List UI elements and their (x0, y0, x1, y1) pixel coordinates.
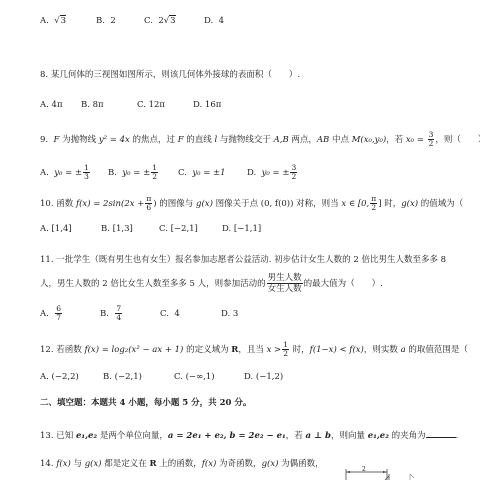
text: ] 时， (378, 199, 401, 209)
q8-option-b: B. 8π (81, 100, 104, 110)
math-expr: y₀ = ± (122, 168, 150, 178)
q11-option-b: B. 74 (100, 305, 123, 322)
text: 时， (290, 345, 310, 355)
dimension-line-icon (345, 468, 445, 480)
q7-option-a: A. √3 (40, 16, 66, 26)
text: 为偶函数， (278, 459, 323, 469)
denominator: 7 (55, 314, 62, 322)
text: 的夹角为 (389, 431, 426, 441)
denominator: 6 (145, 204, 152, 212)
math-expr: g(x) (401, 199, 418, 209)
math-expr: f(x) = log₂(x² − ax + 1) (84, 345, 183, 355)
fraction: 12 (151, 164, 158, 181)
q10-option-c: C. [−2,1] (159, 224, 198, 234)
text: 与 (71, 459, 85, 469)
question-number: 11. (40, 255, 54, 265)
q9-option-a: A. y₀ = ±13 (40, 164, 91, 181)
text: ，则实数 (364, 345, 401, 355)
q7-option-c: C. 2√3 (144, 16, 176, 26)
text: 两点， (289, 135, 317, 145)
math-expr: g(x) (85, 459, 102, 469)
math-vector: e₁,e₂ (368, 431, 389, 441)
math-expr: x₀ = (406, 135, 424, 145)
q11-stem-line1: 11. 一批学生（既有男生也有女生）报名参加志愿者公益活动. 初步估计女生人数的… (40, 255, 446, 265)
option-label: A. (40, 168, 49, 178)
fraction: 74 (115, 305, 122, 322)
text: 的值域为（ ）. (418, 199, 480, 209)
option-label: D. (221, 309, 230, 319)
question-number: 14. (40, 459, 54, 469)
question-number: 10. (40, 199, 54, 209)
math-expr: x > (267, 345, 282, 355)
math-expr: g(x) (196, 199, 213, 209)
option-label: A. (40, 309, 49, 319)
text: 已知 (56, 431, 76, 441)
option-value: 4 (219, 16, 224, 26)
option-label: C. (160, 309, 169, 319)
q11-stem-line2: 人，男生人数的 2 倍比女生人数至多多 5 人，则参加活动的男生人数女生人数的最… (40, 273, 383, 294)
math-expr: a ⊥ b (305, 431, 331, 441)
fraction: 32 (290, 164, 297, 181)
q7-option-b: B. 2 (96, 16, 116, 26)
text: ，且当 (238, 345, 266, 355)
text: 的定义域为 (183, 345, 231, 355)
q11-option-d: D. 3 (221, 309, 238, 319)
q7-option-d: D. 4 (204, 16, 224, 26)
question-text: 的最大值为（ ）. (304, 279, 383, 289)
text: 若函数 (56, 345, 84, 355)
option-label: B. (108, 168, 117, 178)
q14-stem: 14. f(x) 与 g(x) 都是定义在 R 上的函数，f(x) 为奇函数，g… (40, 459, 324, 469)
math-expr: M(x₀,y₀) (352, 135, 386, 145)
text: ，若 (386, 135, 406, 145)
option-value: 4 (174, 309, 179, 319)
question-text: 人，男生人数的 2 倍比女生人数至多多 5 人，则参加活动的 (40, 279, 266, 289)
q10-option-a: A. [1,4] (40, 224, 72, 234)
option-value: √3 (54, 15, 66, 26)
q13-stem: 13. 已知 e₁,e₂ 是两个单位向量，a = 2e₁ + e₂, b = 2… (40, 429, 458, 441)
q8-option-a: A. 4π (40, 100, 63, 110)
text: . (456, 431, 459, 441)
q12-option-b: B. (−2,1) (103, 372, 142, 382)
figure-dimension-label: 2 (362, 466, 366, 473)
denominator: 2 (428, 140, 435, 148)
numerator: 男生人数 (267, 273, 303, 284)
text: 图像关于点 (0, f(0)) 对称，则当 (213, 199, 341, 209)
text: 的取值范围是（ ）. (406, 345, 480, 355)
fraction: π6 (145, 195, 152, 212)
section-title: 二、填空题：本题共 4 小题，每小题 5 分，共 20 分。 (40, 398, 251, 408)
q8-option-c: C. 12π (137, 100, 165, 110)
math-expr: y₀ = ±1 (192, 168, 225, 178)
denominator: 2 (151, 173, 158, 181)
text: ，则（ ）. (435, 135, 480, 145)
text: ，则向量 (331, 431, 368, 441)
math-var: A,B (274, 135, 289, 145)
q8-stem: 8. 某几何体的三视图如图所示，则该几何体外接球的表面积（ ）. (40, 70, 300, 80)
denominator: 2 (282, 350, 289, 358)
math-expr: x ∈ [0, (341, 199, 369, 209)
option-label: C. (144, 16, 153, 26)
fraction: 67 (55, 305, 62, 322)
math-vector: e₁,e₂ (76, 431, 97, 441)
math-expr: f(x) (202, 459, 217, 469)
fraction: 12 (282, 341, 289, 358)
text: 函数 (56, 199, 76, 209)
fraction: π2 (370, 195, 377, 212)
question-number: 13. (40, 431, 54, 441)
question-text: 某几何体的三视图如图所示，则该几何体外接球的表面积（ ）. (51, 70, 300, 80)
q8-option-d: D. 16π (193, 100, 221, 110)
denominator: 2 (370, 204, 377, 212)
q9-stem: 9. F 为抛物线 y² = 4x 的焦点，过 F 的直线 l 与抛物线交于 A… (40, 131, 480, 148)
text: 中点 (329, 135, 351, 145)
option-value: 2 (110, 16, 115, 26)
text: 为抛物线 (59, 135, 98, 145)
option-label: B. (100, 309, 109, 319)
math-expr: y² = 4x (99, 135, 130, 145)
math-expr: f(x) = 2sin(2x + (76, 199, 144, 209)
q11-option-a: A. 67 (40, 305, 63, 322)
q12-stem: 12. 若函数 f(x) = log₂(x² − ax + 1) 的定义域为 R… (40, 341, 480, 358)
math-expr: f(x) (56, 459, 71, 469)
math-var: AB (317, 135, 329, 145)
math-expr: y₀ = ± (54, 168, 82, 178)
text: 是两个单位向量， (97, 431, 168, 441)
answer-blank[interactable] (426, 429, 456, 438)
q12-option-d: D. (−1,2) (244, 372, 283, 382)
option-value: 2√3 (158, 15, 175, 26)
question-text: 一批学生（既有男生也有女生）报名参加志愿者公益活动. 初步估计女生人数的 2 倍… (56, 255, 446, 265)
question-number: 9. (40, 135, 48, 145)
q12-option-c: C. (−∞,1) (174, 372, 215, 382)
fraction: 男生人数女生人数 (267, 273, 303, 294)
math-expr: y₀ = ± (262, 168, 290, 178)
math-expr: f(1−x) < f(x) (310, 345, 364, 355)
text: 的直线 (184, 135, 215, 145)
math-expr: a = 2e₁ + e₂, b = 2e₂ − e₁ (168, 431, 286, 441)
q10-option-d: D. [−1,1] (222, 224, 261, 234)
denominator: 3 (83, 173, 90, 181)
option-label: A. (40, 16, 49, 26)
text: 为奇函数， (216, 459, 261, 469)
question-number: 8. (40, 70, 48, 80)
text: ，若 (286, 431, 306, 441)
option-label: B. (96, 16, 105, 26)
q10-stem: 10. 函数 f(x) = 2sin(2x +π6) 的图像与 g(x) 图像关… (40, 195, 480, 212)
text: 与抛物线交于 (217, 135, 273, 145)
fraction: 13 (83, 164, 90, 181)
question-number: 12. (40, 345, 54, 355)
text: 的焦点，过 (130, 135, 178, 145)
math-set: R (150, 459, 157, 469)
q9-option-b: B. y₀ = ±12 (108, 164, 159, 181)
q9-option-c: C. y₀ = ±1 (178, 168, 226, 178)
q11-option-c: C. 4 (160, 309, 180, 319)
text: 都是定义在 (102, 459, 150, 469)
math-expr: g(x) (262, 459, 279, 469)
fraction: 32 (428, 131, 435, 148)
text: 上的函数， (157, 459, 202, 469)
denominator: 4 (115, 314, 122, 322)
option-value: 3 (233, 309, 238, 319)
denominator: 2 (290, 173, 297, 181)
denominator: 女生人数 (267, 284, 303, 294)
q10-option-b: B. [1,3] (101, 224, 133, 234)
q12-option-a: A. (−2,2) (40, 372, 79, 382)
option-label: D. (247, 168, 256, 178)
text: ) 的图像与 (153, 199, 196, 209)
option-label: D. (204, 16, 213, 26)
option-label: C. (178, 168, 187, 178)
three-view-figure: 2 (345, 468, 445, 480)
q9-option-d: D. y₀ = ±32 (247, 164, 298, 181)
